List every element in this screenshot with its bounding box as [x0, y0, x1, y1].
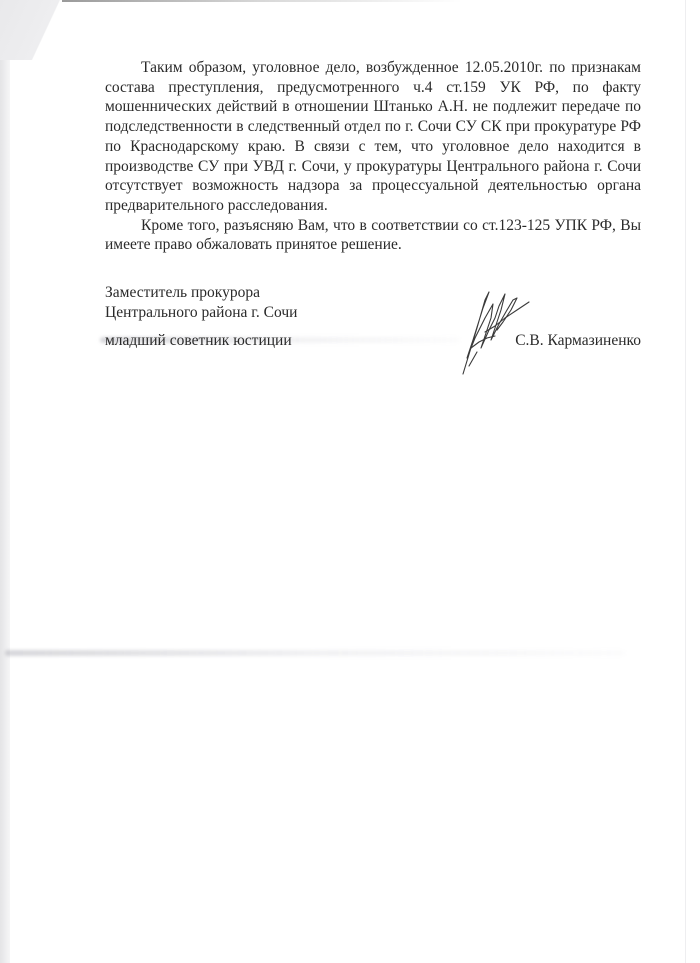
handwritten-signature-icon — [455, 288, 535, 378]
scan-top-strip — [62, 0, 462, 2]
scan-bleed-line — [5, 650, 625, 656]
signatory-rank-row: младший советник юстиции С.В. Кармазинен… — [105, 332, 641, 350]
signatory-title: Заместитель прокурора Центрального район… — [105, 283, 641, 323]
scan-folded-corner — [0, 0, 80, 60]
paragraph-appeal-rights: Кроме того, разъясняю Вам, что в соответ… — [105, 216, 641, 255]
signatory-title-line1: Заместитель прокурора — [105, 283, 641, 303]
scan-edge-right — [685, 0, 686, 963]
document-body: Таким образом, уголовное дело, возбужден… — [105, 58, 641, 255]
scan-edge-left — [0, 0, 10, 963]
signatory-rank: младший советник юстиции — [105, 332, 292, 350]
signatory-title-line2: Центрального района г. Сочи — [105, 303, 641, 323]
paragraph-decision: Таким образом, уголовное дело, возбужден… — [105, 58, 641, 216]
